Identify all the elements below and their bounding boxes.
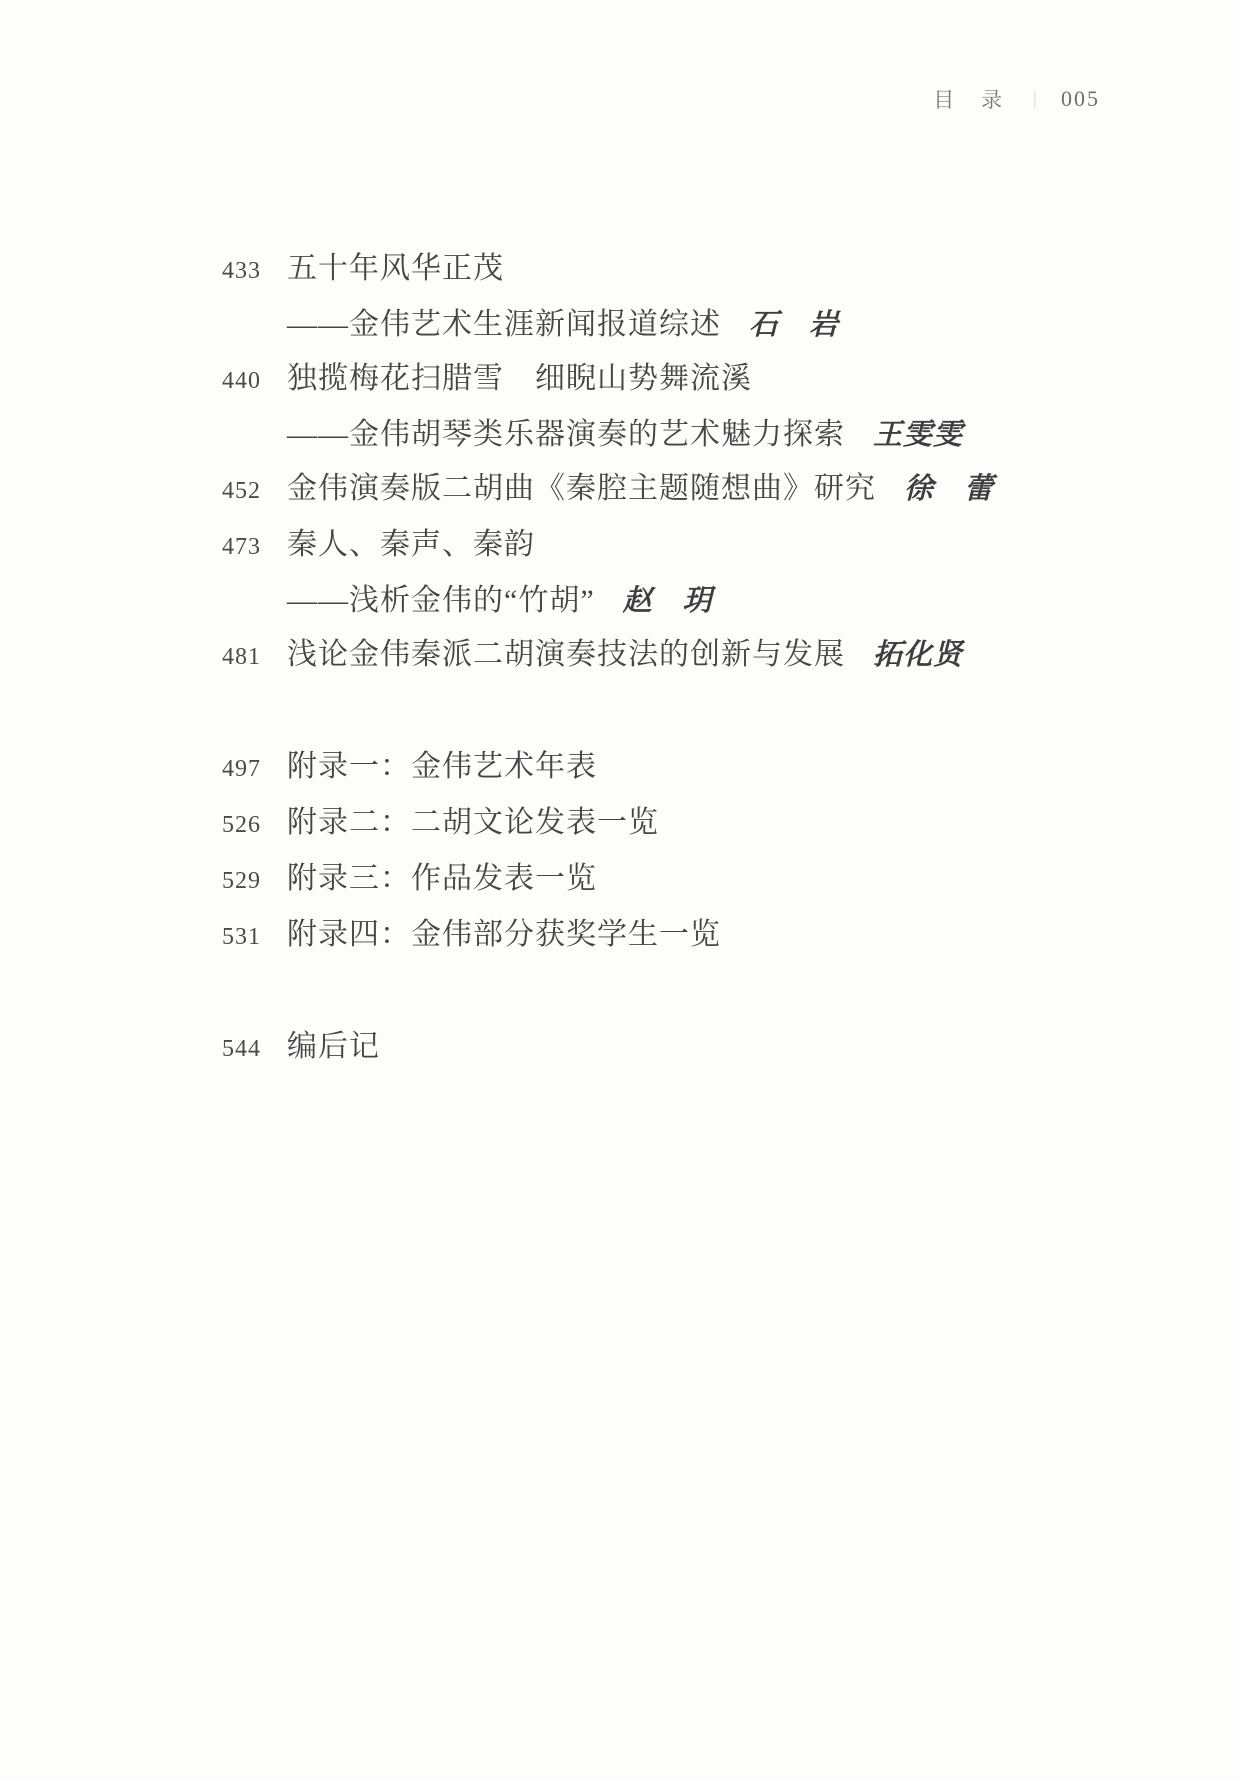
toc-entry-row: 531附录四：金伟部分获奖学生一览 bbox=[222, 908, 1179, 964]
toc-entry-row: 433五十年风华正茂 bbox=[222, 242, 1179, 298]
toc-section-postscript: 544编后记 bbox=[222, 1020, 1179, 1076]
toc-entry-row: 440独揽梅花扫腊雪 细睨山势舞流溪 bbox=[222, 352, 1179, 408]
toc-entry-subtitle-row: ——金伟艺术生涯新闻报道综述石 岩 bbox=[222, 298, 1179, 352]
toc-page-number: 526 bbox=[222, 799, 287, 852]
header-divider-bar: | bbox=[1034, 88, 1036, 110]
toc-entry-row: 481浅论金伟秦派二胡演奏技法的创新与发展拓化贤 bbox=[222, 628, 1179, 684]
toc-entry-author: 赵 玥 bbox=[623, 575, 713, 628]
toc-entry-row: 452金伟演奏版二胡曲《秦腔主题随想曲》研究徐 蕾 bbox=[222, 462, 1179, 518]
toc-entry-author: 徐 蕾 bbox=[904, 463, 994, 516]
toc-page-number: 497 bbox=[222, 743, 287, 796]
toc-entry-title: 五十年风华正茂 bbox=[287, 242, 504, 295]
toc-page-number: 440 bbox=[222, 355, 287, 408]
header-page-number: 005 bbox=[1061, 86, 1100, 112]
toc-entry-title: 附录二：二胡文论发表一览 bbox=[287, 796, 659, 849]
toc-entry-title: 编后记 bbox=[287, 1020, 380, 1073]
toc-page-number: 452 bbox=[222, 465, 287, 518]
toc-entry-subtitle: ——金伟胡琴类乐器演奏的艺术魅力探索 bbox=[287, 408, 845, 461]
toc-entry-row: 529附录三：作品发表一览 bbox=[222, 852, 1179, 908]
toc-entry-title: 金伟演奏版二胡曲《秦腔主题随想曲》研究 bbox=[287, 462, 876, 515]
toc-entry-title: 附录四：金伟部分获奖学生一览 bbox=[287, 908, 721, 961]
toc-entry-author: 王雯雯 bbox=[873, 409, 963, 462]
toc-entry-subtitle-row: ——浅析金伟的“竹胡”赵 玥 bbox=[222, 574, 1179, 628]
toc-page-number: 529 bbox=[222, 855, 287, 908]
toc-entry-row: 544编后记 bbox=[222, 1020, 1179, 1076]
toc-entry-row: 526附录二：二胡文论发表一览 bbox=[222, 796, 1179, 852]
page-header: 目 录 | 005 bbox=[0, 84, 1100, 114]
toc-list: 433五十年风华正茂——金伟艺术生涯新闻报道综述石 岩440独揽梅花扫腊雪 细睨… bbox=[222, 242, 1179, 1076]
toc-entry-subtitle-row: ——金伟胡琴类乐器演奏的艺术魅力探索王雯雯 bbox=[222, 408, 1179, 462]
toc-entry-title: 秦人、秦声、秦韵 bbox=[287, 518, 535, 571]
header-title: 目 录 bbox=[933, 84, 1005, 114]
toc-entry-title: 浅论金伟秦派二胡演奏技法的创新与发展 bbox=[287, 628, 845, 681]
toc-page-number: 481 bbox=[222, 631, 287, 684]
toc-entry-author: 石 岩 bbox=[749, 299, 839, 352]
toc-entry-title: 独揽梅花扫腊雪 细睨山势舞流溪 bbox=[287, 352, 752, 405]
toc-page-number: 433 bbox=[222, 245, 287, 298]
toc-page-number: 544 bbox=[222, 1023, 287, 1076]
toc-section-articles: 433五十年风华正茂——金伟艺术生涯新闻报道综述石 岩440独揽梅花扫腊雪 细睨… bbox=[222, 242, 1179, 684]
toc-section-appendices: 497附录一：金伟艺术年表526附录二：二胡文论发表一览529附录三：作品发表一… bbox=[222, 740, 1179, 964]
book-toc-page: { "header": { "title": "目 录", "separator… bbox=[0, 0, 1239, 1780]
toc-entry-title: 附录三：作品发表一览 bbox=[287, 852, 597, 905]
toc-entry-subtitle: ——浅析金伟的“竹胡” bbox=[287, 574, 595, 627]
toc-page-number: 473 bbox=[222, 521, 287, 574]
toc-entry-title: 附录一：金伟艺术年表 bbox=[287, 740, 597, 793]
toc-entry-row: 497附录一：金伟艺术年表 bbox=[222, 740, 1179, 796]
toc-entry-subtitle: ——金伟艺术生涯新闻报道综述 bbox=[287, 298, 721, 351]
toc-entry-row: 473秦人、秦声、秦韵 bbox=[222, 518, 1179, 574]
toc-entry-author: 拓化贤 bbox=[873, 629, 963, 682]
toc-page-number: 531 bbox=[222, 911, 287, 964]
